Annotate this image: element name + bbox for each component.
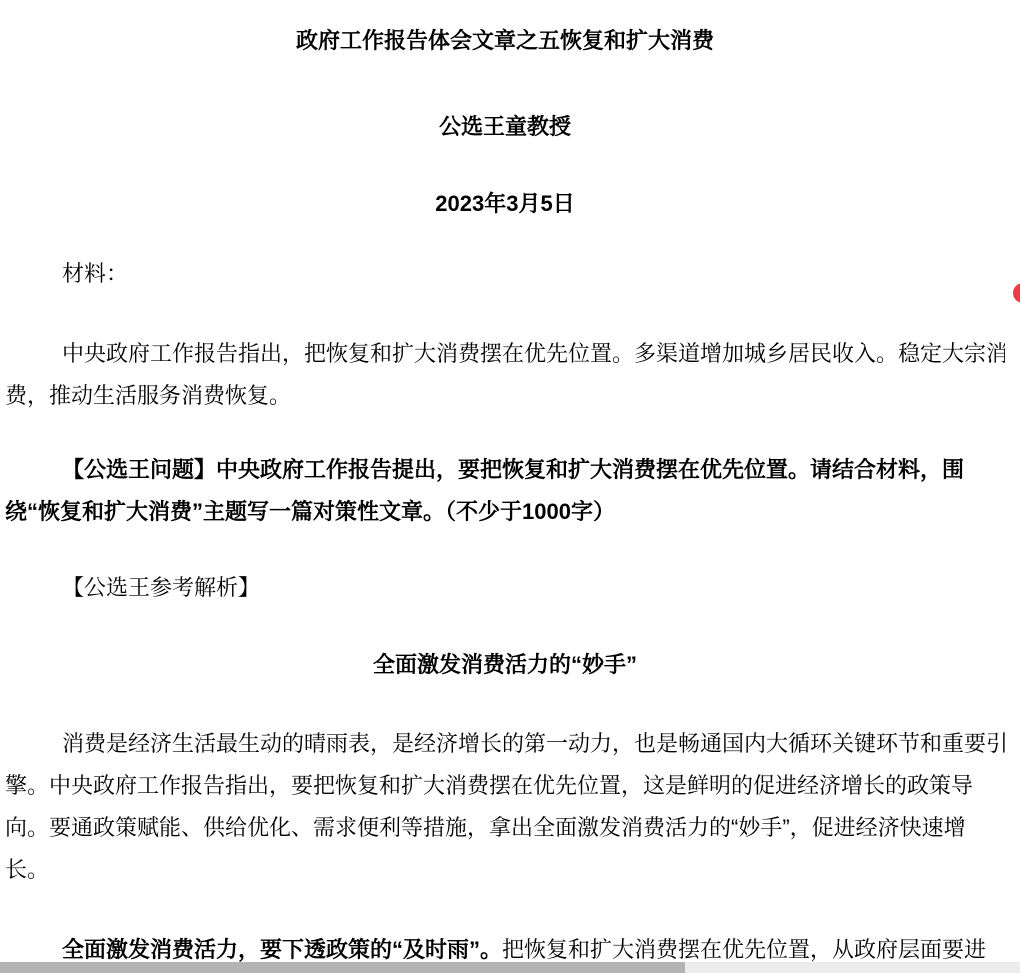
essay-intro-paragraph: 消费是经济生活最生动的晴雨表，是经济增长的第一动力，也是畅通国内大循环关键环节和… — [5, 723, 1005, 891]
point-paragraph-bold-lead: 全面激发消费活力，要下透政策的“及时雨”。 — [62, 937, 502, 962]
author-line: 公选王童教授 — [5, 106, 1005, 148]
material-paragraph-line-2: 费，推动生活服务消费恢复。 — [5, 375, 1005, 417]
material-paragraph-line-1: 中央政府工作报告指出，把恢复和扩大消费摆在优先位置。多渠道增加城乡居民收入。稳定… — [5, 333, 1005, 375]
essay-intro-line-1: 消费是经济生活最生动的晴雨表，是经济增长的第一动力，也是畅通国内大循环关键环节和… — [5, 723, 1005, 765]
notification-badge[interactable] — [1013, 283, 1020, 303]
essay-title: 全面激发消费活力的“妙手” — [5, 644, 1005, 686]
page-title: 政府工作报告体会文章之五恢复和扩大消费 — [5, 20, 1005, 62]
question-paragraph-line-1: 【公选王问题】中央政府工作报告提出，要把恢复和扩大消费摆在优先位置。请结合材料，… — [5, 449, 1005, 491]
essay-intro-line-4: 长。 — [5, 849, 1005, 891]
material-paragraph: 中央政府工作报告指出，把恢复和扩大消费摆在优先位置。多渠道增加城乡居民收入。稳定… — [5, 333, 1005, 417]
document-page: 政府工作报告体会文章之五恢复和扩大消费 公选王童教授 2023年3月5日 材料：… — [0, 0, 1010, 971]
material-label: 材料： — [5, 253, 1005, 295]
essay-intro-line-2: 擎。中央政府工作报告指出，要把恢复和扩大消费摆在优先位置，这是鲜明的促进经济增长… — [5, 765, 1005, 807]
analysis-label: 【公选王参考解析】 — [5, 567, 1005, 609]
date-line: 2023年3月5日 — [5, 183, 1005, 225]
question-paragraph-line-2: 绕“恢复和扩大消费”主题写一篇对策性文章。（不少于1000字） — [5, 491, 1005, 533]
horizontal-scrollbar-thumb[interactable] — [0, 962, 685, 973]
question-paragraph: 【公选王问题】中央政府工作报告提出，要把恢复和扩大消费摆在优先位置。请结合材料，… — [5, 449, 1005, 533]
essay-intro-line-3: 向。要通政策赋能、供给优化、需求便利等措施，拿出全面激发消费活力的“妙手”，促进… — [5, 807, 1005, 849]
point-paragraph-regular-rest: 把恢复和扩大消费摆在优先位置，从政府层面要进 — [502, 937, 986, 962]
horizontal-scrollbar[interactable] — [0, 962, 1020, 973]
